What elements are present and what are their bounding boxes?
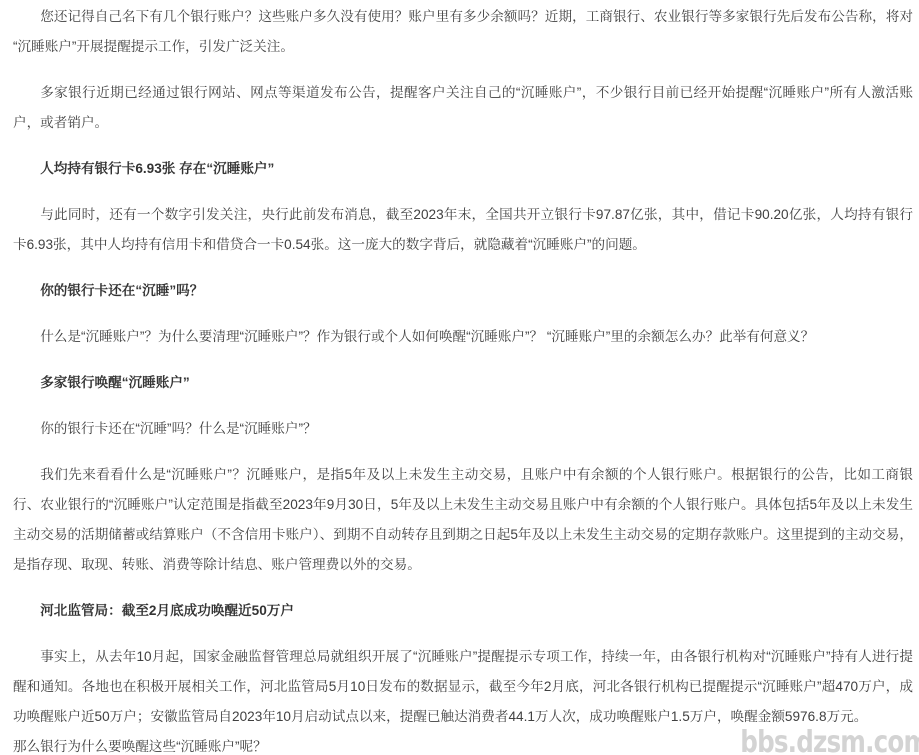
article-paragraph: 什么是“沉睡账户”？为什么要清理“沉睡账户”？作为银行或个人如何唤醒“沉睡账户”…	[13, 322, 913, 352]
article-paragraph: 你的银行卡还在“沉睡”吗？什么是“沉睡账户”？	[13, 414, 913, 444]
article-paragraph: 与此同时，还有一个数字引发关注，央行此前发布消息，截至2023年末，全国共开立银…	[13, 200, 913, 260]
article-paragraph: 我们先来看看什么是“沉睡账户”？沉睡账户，是指5年及以上未发生主动交易，且账户中…	[13, 460, 913, 580]
watermark: bbs.dzsm.com	[740, 725, 919, 755]
section-heading: 你的银行卡还在“沉睡”吗？	[13, 276, 913, 306]
article-paragraph: 您还记得自己名下有几个银行账户？这些账户多久没有使用？账户里有多少余额吗？近期，…	[13, 2, 913, 62]
section-heading: 多家银行唤醒“沉睡账户”	[13, 368, 913, 398]
article-paragraph: 多家银行近期已经通过银行网站、网点等渠道发布公告，提醒客户关注自己的“沉睡账户”…	[13, 78, 913, 138]
article-paragraph: 事实上，从去年10月起，国家金融监督管理总局就组织开展了“沉睡账户”提醒提示专项…	[13, 642, 913, 732]
section-heading: 河北监管局：截至2月底成功唤醒近50万户	[13, 596, 913, 626]
section-heading: 人均持有银行卡6.93张 存在“沉睡账户”	[13, 154, 913, 184]
article-body: 您还记得自己名下有几个银行账户？这些账户多久没有使用？账户里有多少余额吗？近期，…	[0, 0, 919, 755]
